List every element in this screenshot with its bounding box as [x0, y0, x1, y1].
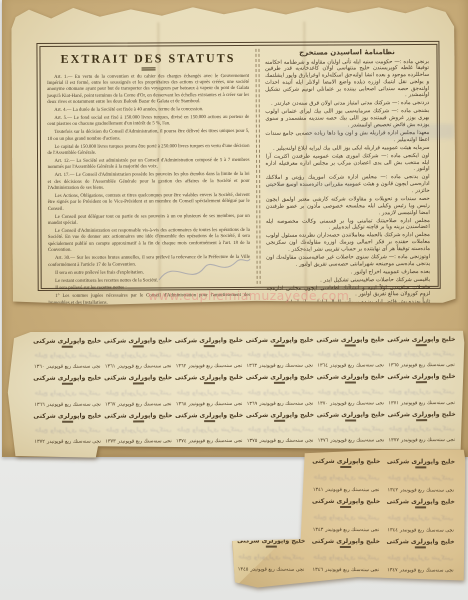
coupon-caption-line: ١٣٤٢نجی سنه‌سنك ربع قوپونیدر	[388, 487, 455, 493]
coupon-year-number: ١٣٦٣	[247, 363, 258, 369]
coupon-company-name: خلیج واپورلری شرکتی	[317, 411, 385, 418]
coupon-caption-line: ١٣٦٣نجی سنه‌سنك ربع قوپونیدر	[247, 363, 314, 369]
coupon-flourish	[415, 466, 426, 468]
coupon: خلیج واپورلری شرکتیخلیج واپورلری شرکتی١٣…	[383, 536, 458, 576]
coupon-year-number: ١٣٧٧	[389, 437, 400, 443]
coupon-flourish	[340, 546, 351, 548]
ottoman-paragraph: دردنجی ماده :— شرکتك مدتی امتیاز مدتی او…	[265, 100, 429, 108]
coupon-caption: نجی سنه‌سنك ربع قوپونیدر	[330, 437, 384, 443]
coupon-year-number: ١٣٦٠	[34, 364, 45, 370]
coupon-flourish	[274, 382, 285, 384]
coupon-caption: نجی سنه‌سنك ربع قوپونیدر	[259, 363, 313, 369]
coupon-flourish	[416, 344, 427, 346]
coupon-caption-line: ١٣٤٦نجی سنه‌سنك ربع قوپونیدر	[312, 567, 379, 573]
coupon-caption: نجی سنه‌سنك ربع قوپونیدر	[259, 438, 313, 444]
french-paragraph: Art. 5.— Le fond social est fixé à 150.0…	[47, 115, 249, 129]
coupon-caption: نجی سنه‌سنك ربع قوپونیدر	[47, 364, 101, 370]
coupon-year-number: ١٣٦١	[105, 364, 116, 370]
ottoman-paragraph: حاصلات صافیه‌دن اولاً ابنیه و انشاآتك اط…	[266, 285, 430, 299]
coupon-year-number: ١٣٧٢	[34, 439, 45, 445]
coupon-caption: نجی سنه‌سنك ربع قوپونیدر	[401, 362, 455, 368]
coupon-company-name: خلیج واپورلری شرکتی	[104, 412, 172, 419]
coupon: خلیج واپورلری شرکتیخلیج واپورلری شرکتی١٣…	[308, 536, 383, 576]
coupon-company-name: خلیج واپورلری شرکتی	[386, 538, 454, 545]
bleed-through-text: خلیج واپورلری شرکتی	[388, 425, 455, 432]
coupon-caption: نجی سنه‌سنك ربع قوپونیدر	[259, 400, 313, 406]
coupon-flourish	[345, 382, 356, 384]
coupon-caption: نجی سنه‌سنك ربع قوپونیدر	[250, 566, 304, 572]
coupon-caption: نجی سنه‌سنك ربع قوپونیدر	[189, 438, 243, 444]
coupon-sheet: خلیج واپورلری شرکتیخلیج واپورلری شرکتی١٣…	[6, 330, 466, 458]
coupon-caption-line: ١٣٦٦نجی سنه‌سنك ربع قوپونیدر	[34, 401, 101, 407]
coupon-company-name: خلیج واپورلری شرکتی	[175, 337, 243, 344]
coupon-company-name: خلیج واپورلری شرکتی	[316, 336, 384, 343]
coupon-company-name: خلیج واپورلری شرکتی	[387, 336, 455, 343]
french-paragraph: Art. 4.— La durée de la Société est fixé…	[47, 107, 249, 114]
faint-blue-stamp	[267, 181, 357, 191]
document-title-french: EXTRAIT DES STATUTS	[47, 50, 249, 66]
ottoman-paragraphs: برنجی ماده :— حکومت سنیه ایله تأتی اولنا…	[265, 58, 430, 339]
coupon-year-number: ١٣٤٧	[387, 567, 398, 573]
coupon-flourish	[275, 419, 286, 421]
coupon-year-number: ١٣٧٤	[176, 438, 187, 444]
coupon-caption-line: ١٣٤٥نجی سنه‌سنك ربع قوپونیدر	[238, 566, 305, 572]
coupon-flourish	[62, 346, 73, 348]
coupon-caption-line: ١٣٦٩نجی سنه‌سنك ربع قوپونیدر	[247, 400, 314, 406]
coupon-flourish	[341, 466, 352, 468]
ottoman-paragraph: بعده مصارف عمومیه اخراج اولنور .	[266, 269, 430, 277]
ottoman-paragraph: مجلس اداره شرکتك بالجمله معاملاتندن حصه‌…	[266, 232, 430, 253]
french-paragraph: Les Actions, Obligations, contrats et ti…	[48, 193, 250, 213]
coupon-flourish	[415, 506, 426, 508]
coupon: خلیج واپورلری شرکتیخلیج واپورلری شرکتی١٣…	[103, 335, 174, 373]
coupon: خلیج واپورلری شرکتیخلیج واپورلری شرکتی١٣…	[234, 535, 309, 575]
coupon-company-name: خلیج واپورلری شرکتی	[388, 411, 456, 418]
coupon: خلیج واپورلری شرکتیخلیج واپورلری شرکتی١٣…	[244, 335, 315, 373]
document-title-ottoman: نظامنامهٔ اساسیدن مستخرج	[265, 47, 429, 56]
bleed-through-text: خلیج واپورلری شرکتی	[34, 427, 101, 434]
photo-of-documents: EXTRAIT DES STATUTS Art. 1.— En vertu de…	[0, 0, 468, 600]
bleed-through-text: خلیج واپورلری شرکتی	[105, 426, 172, 433]
bleed-through-text: خلیج واپورلری شرکتی	[385, 554, 456, 561]
coupon-company-name: خلیج واپورلری شرکتی	[246, 411, 314, 418]
coupon-company-name: خلیج واپورلری شرکتی	[387, 498, 455, 505]
coupon-caption: نجی سنه‌سنك ربع قوپونیدر	[330, 400, 384, 406]
bleed-through-text: خلیج واپورلری شرکتی	[388, 388, 455, 395]
coupon: خلیج واپورلری شرکتیخلیج واپورلری شرکتی١٣…	[32, 373, 103, 411]
ottoman-paragraph: اون ایکنجی ماده :— شرکتك اموری هیئت عموم…	[265, 153, 429, 174]
coupon-year-number: ١٣٧٠	[318, 400, 329, 406]
coupon: خلیج واپورلری شرکتیخلیج واپورلری شرکتی١٣…	[315, 372, 386, 410]
coupon-year-number: ١٣٦٦	[34, 401, 45, 407]
coupon-company-name: خلیج واپورلری شرکتی	[246, 374, 314, 381]
coupon: خلیج واپورلری شرکتیخلیج واپورلری شرکتی١٣…	[386, 409, 457, 447]
bleed-through-text: خلیج واپورلری شرکتی	[310, 553, 381, 560]
coupon-company-name: خلیج واپورلری شرکتی	[312, 538, 380, 545]
coupon-caption-line: ١٣٦٢نجی سنه‌سنك ربع قوپونیدر	[176, 363, 243, 369]
coupon-year-number: ١٣٤٣	[313, 527, 324, 533]
coupon-company-name: خلیج واپورلری شرکتی	[246, 337, 314, 344]
coupon-caption: نجی سنه‌سنك ربع قوپونیدر	[47, 439, 101, 445]
bleed-through-text: خلیج واپورلری شرکتی	[311, 473, 382, 480]
title-ornament	[141, 67, 155, 70]
bleed-through-text: خلیج واپورلری شرکتی	[246, 388, 313, 395]
coupon-flourish	[62, 383, 73, 385]
coupon-flourish	[62, 420, 73, 422]
coupon-flourish	[415, 546, 426, 548]
coupon-company-name: خلیج واپورلری شرکتی	[33, 338, 101, 345]
coupon-caption: نجی سنه‌سنك ربع قوپونیدر	[400, 527, 454, 533]
coupon-flourish	[204, 382, 215, 384]
coupon-company-name: خلیج واپورلری شرکتی	[175, 412, 243, 419]
coupon-flourish	[266, 546, 277, 548]
coupon-year-number: ١٣٦٩	[247, 401, 258, 407]
bleed-through-text: خلیج واپورلری شرکتی	[317, 425, 384, 432]
ottoman-paragraph: حصه سندات و تحویلات و مقاولات شرکته کارش…	[266, 196, 430, 217]
coupon: خلیج واپورلری شرکتیخلیج واپورلری شرکتی١٣…	[386, 334, 457, 372]
coupon-caption-line: ١٣٤٣نجی سنه‌سنك ربع قوپونیدر	[313, 527, 380, 533]
coupon-year-number: ١٣٧٦	[318, 438, 329, 444]
coupon: خلیج واپورلری شرکتیخلیج واپورلری شرکتی١٣…	[103, 410, 174, 448]
coupon-year-number: ١٣٧٥	[247, 438, 258, 444]
coupon: خلیج واپورلری شرکتیخلیج واپورلری شرکتی١٣…	[32, 410, 103, 448]
ottoman-paragraph: سرمایه هیئت عمومیه قراریله ایکی یوز اللی…	[265, 145, 429, 153]
coupon-caption: نجی سنه‌سنك ربع قوپونیدر	[401, 400, 455, 406]
coupon-caption: نجی سنه‌سنك ربع قوپونیدر	[117, 364, 171, 370]
coupon: خلیج واپورلری شرکتیخلیج واپورلری شرکتی١٣…	[383, 456, 458, 496]
coupon-company-name: خلیج واپورلری شرکتی	[317, 374, 385, 381]
coupon-caption-line: ١٣٦٧نجی سنه‌سنك ربع قوپونیدر	[105, 401, 172, 407]
bleed-through-text: خلیج واپورلری شرکتی	[175, 351, 242, 358]
coupon-company-name: خلیج واپورلری شرکتی	[387, 458, 455, 465]
coupon-company-name: خلیج واپورلری شرکتی	[312, 498, 380, 505]
coupon-year-number: ١٣٤٢	[388, 487, 399, 493]
coupon-year-number: ١٣٧١	[388, 400, 399, 406]
coupon-caption-line: ١٣٦٤نجی سنه‌سنك ربع قوپونیدر	[317, 363, 384, 369]
coupon-grid: خلیج واپورلری شرکتیخلیج واپورلری شرکتی١٣…	[32, 334, 457, 448]
coupon: خلیج واپورلری شرکتیخلیج واپورلری شرکتی١٣…	[315, 409, 386, 447]
coupon-caption-line: ١٣٧٧نجی سنه‌سنك ربع قوپونیدر	[389, 437, 456, 443]
coupon-year-number: ١٣٤٤	[387, 527, 398, 533]
coupon: خلیج واپورلری شرکتیخلیج واپورلری شرکتی١٣…	[309, 496, 384, 536]
coupon-year-number: ١٣٤٦	[312, 567, 323, 573]
bleed-through-text: خلیج واپورلری شرکتی	[386, 474, 457, 481]
french-paragraph: Le Conseil peut déléguer tout ou partie …	[48, 214, 250, 228]
bleed-through-text: خلیج واپورلری شرکتی	[34, 389, 101, 396]
coupon-caption: نجی سنه‌سنك ربع قوپونیدر	[401, 437, 455, 443]
bleed-through-text: خلیج واپورلری شرکتی	[176, 389, 243, 396]
ottoman-paragraph: مجلس اداره صلاحیتنك تمامنی ویا بر قسمنی …	[266, 218, 430, 232]
coupon-company-name: خلیج واپورلری شرکتی	[312, 458, 380, 465]
ottoman-column: نظامنامهٔ اساسیدن مستخرج برنجی ماده :— ح…	[259, 44, 437, 286]
coupon: خلیج واپورلری شرکتیخلیج واپورلری شرکتی١٣…	[383, 496, 458, 536]
coupon-flourish	[133, 383, 144, 385]
coupon-caption-line: ١٣٦١نجی سنه‌سنك ربع قوپونیدر	[105, 364, 172, 370]
bleed-through-text: خلیج واپورلری شرکتی	[176, 426, 243, 433]
coupon-caption: نجی سنه‌سنك ربع قوپونیدر	[188, 363, 242, 369]
coupon-caption: نجی سنه‌سنك ربع قوپونیدر	[118, 438, 172, 444]
coupon-caption: نجی سنه‌سنك ربع قوپونیدر	[400, 567, 454, 573]
french-paragraph: Art. 12.— La Société est administrée par…	[48, 158, 250, 172]
coupon-year-number: ١٣٦٤	[317, 363, 328, 369]
coupon-year-number: ١٣٦٥	[388, 363, 399, 369]
coupon-caption: نجی سنه‌سنك ربع قوپونیدر	[47, 401, 101, 407]
coupon-caption-line: ١٣٧٤نجی سنه‌سنك ربع قوپونیدر	[176, 438, 243, 444]
bleed-through-text: خلیج واپورلری شرکتی	[105, 352, 172, 359]
coupon: خلیج واپورلری شرکتیخلیج واپورلری شرکتی١٣…	[174, 372, 245, 410]
coupon-company-name: خلیج واپورلری شرکتی	[104, 375, 172, 382]
coupon: خلیج واپورلری شرکتیخلیج واپورلری شرکتی١٣…	[315, 334, 386, 372]
coupon: خلیج واپورلری شرکتیخلیج واپورلری شرکتی١٣…	[309, 456, 384, 496]
coupon: خلیج واپورلری شرکتیخلیج واپورلری شرکتی١٣…	[386, 371, 457, 409]
coupon: خلیج واپورلری شرکتیخلیج واپورلری شرکتی١٣…	[32, 336, 103, 374]
coupon-grid: خلیج واپورلری شرکتیخلیج واپورلری شرکتی١٣…	[234, 455, 459, 576]
coupon-year-number: ١٣٦٨	[176, 401, 187, 407]
coupon-caption-line: ١٣٦٨نجی سنه‌سنك ربع قوپونیدر	[176, 401, 243, 407]
coupon-flourish	[416, 381, 427, 383]
coupon-year-number: ١٣٤١	[313, 487, 324, 493]
coupon-caption: نجی سنه‌سنك ربع قوپونیدر	[325, 527, 379, 533]
bleed-through-text: خلیج واپورلری شرکتی	[247, 426, 314, 433]
coupon-caption-line: ١٣٤٤نجی سنه‌سنك ربع قوپونیدر	[387, 527, 454, 533]
bleed-through-text: خلیج واپورلری شرکتی	[317, 351, 384, 358]
bleed-through-text: خلیج واپورلری شرکتی	[317, 388, 384, 395]
coupon-flourish	[345, 344, 356, 346]
coupon-caption-line: ١٣٧٥نجی سنه‌سنك ربع قوپونیدر	[247, 438, 314, 444]
coupon-company-name: خلیج واپورلری شرکتی	[387, 373, 455, 380]
pencil-mark	[156, 250, 252, 290]
bleed-through-text: خلیج واپورلری شرکتی	[311, 513, 382, 520]
coupon-flourish	[133, 420, 144, 422]
coupon: خلیج واپورلری شرکتیخلیج واپورلری شرکتی١٣…	[244, 372, 315, 410]
coupon-caption-line: ١٣٤٧نجی سنه‌سنك ربع قوپونیدر	[387, 567, 454, 573]
coupon-caption-line: ١٣٧٦نجی سنه‌سنك ربع قوپونیدر	[318, 437, 385, 443]
french-paragraph: Art. 17.— Le Conseil d'Administration po…	[48, 172, 250, 192]
coupon-caption: نجی سنه‌سنك ربع قوپونیدر	[188, 401, 242, 407]
coupon-caption-line: ١٣٧٣نجی سنه‌سنك ربع قوپونیدر	[105, 438, 172, 444]
coupon-sheet-fragment: خلیج واپورلری شرکتیخلیج واپورلری شرکتی١٣…	[227, 448, 466, 596]
coupon-flourish	[341, 506, 352, 508]
french-paragraph: Le capital de 150.000 livres turques pou…	[47, 144, 249, 158]
coupon-caption: نجی سنه‌سنك ربع قوپونیدر	[325, 567, 379, 573]
bleed-through-text: خلیج واپورلری شرکتی	[105, 389, 172, 396]
coupon-flourish	[345, 419, 356, 421]
coupon-year-number: ١٣٦٢	[176, 364, 187, 370]
coupon-caption: نجی سنه‌سنك ربع قوپونیدر	[400, 487, 454, 493]
coupon-caption-line: ١٣٧٠نجی سنه‌سنك ربع قوپونیدر	[318, 400, 385, 406]
coupon-caption-line: ١٣٤١نجی سنه‌سنك ربع قوپونیدر	[313, 487, 380, 493]
coupon-flourish	[274, 345, 285, 347]
coupon-caption-line: ١٣٦٠نجی سنه‌سنك ربع قوپونیدر	[34, 364, 101, 370]
coupon-company-name: خلیج واپورلری شرکتی	[33, 375, 101, 382]
coupon-company-name: خلیج واپورلری شرکتی	[33, 412, 101, 419]
coupon-company-name: خلیج واپورلری شرکتی	[104, 337, 172, 344]
coupon-caption-line: ١٣٦٥نجی سنه‌سنك ربع قوپونیدر	[388, 362, 455, 368]
coupon-caption: نجی سنه‌سنك ربع قوپونیدر	[330, 363, 384, 369]
coupon-flourish	[204, 420, 215, 422]
coupon-year-number: ١٣٦٧	[105, 401, 116, 407]
coupon-caption: نجی سنه‌سنك ربع قوپونیدر	[325, 487, 379, 493]
ottoman-paragraph: برنجی ماده :— حکومت سنیه ایله تأتی اولنا…	[265, 58, 429, 100]
ottoman-paragraph: باقیسی شرکتك حاصلات صافیه‌سنی تشکیل ایدر…	[266, 277, 430, 285]
coupon: خلیج واپورلری شرکتیخلیج واپورلری شرکتی١٣…	[173, 335, 244, 373]
bleed-through-text: خلیج واپورلری شرکتی	[385, 514, 456, 521]
bleed-through-text: خلیج واپورلری شرکتی	[246, 351, 313, 358]
coupon-flourish	[416, 419, 427, 421]
coupon-flourish	[133, 345, 144, 347]
coupon: خلیج واپورلری شرکتیخلیج واپورلری شرکتی١٣…	[174, 410, 245, 448]
french-paragraph: Art. 1.— En vertu de la convention et du…	[47, 73, 249, 106]
coupon-year-number: ١٣٧٣	[105, 439, 116, 445]
coupon-caption: نجی سنه‌سنك ربع قوپونیدر	[118, 401, 172, 407]
french-paragraph: Toutefois sur la décision du Conseil d'A…	[47, 129, 249, 143]
coupon-company-name: خلیج واپورلری شرکتی	[175, 374, 243, 381]
coupon: خلیج واپورلری شرکتیخلیج واپورلری شرکتی١٣…	[103, 373, 174, 411]
coupon-caption-line: ١٣٧٢نجی سنه‌سنك ربع قوپونیدر	[34, 439, 101, 445]
coupon-caption-line: ١٣٧١نجی سنه‌سنك ربع قوپونیدر	[388, 400, 455, 406]
bleed-through-text: خلیج واپورلری شرکتی	[236, 553, 307, 560]
coupon-flourish	[203, 345, 214, 347]
coupon: خلیج واپورلری شرکتیخلیج واپورلری شرکتی١٣…	[245, 409, 316, 447]
ottoman-paragraph: اوتوزنجی ماده :— شرکتك سنوی حاصلات غیر ص…	[266, 254, 430, 268]
bleed-through-text: خلیج واپورلری شرکتی	[34, 352, 101, 359]
bleed-through-text: خلیج واپورلری شرکتی	[388, 350, 455, 357]
coupon-year-number: ١٣٤٥	[238, 566, 249, 572]
coupon-company-name: خلیج واپورلری شرکتی	[237, 537, 305, 544]
